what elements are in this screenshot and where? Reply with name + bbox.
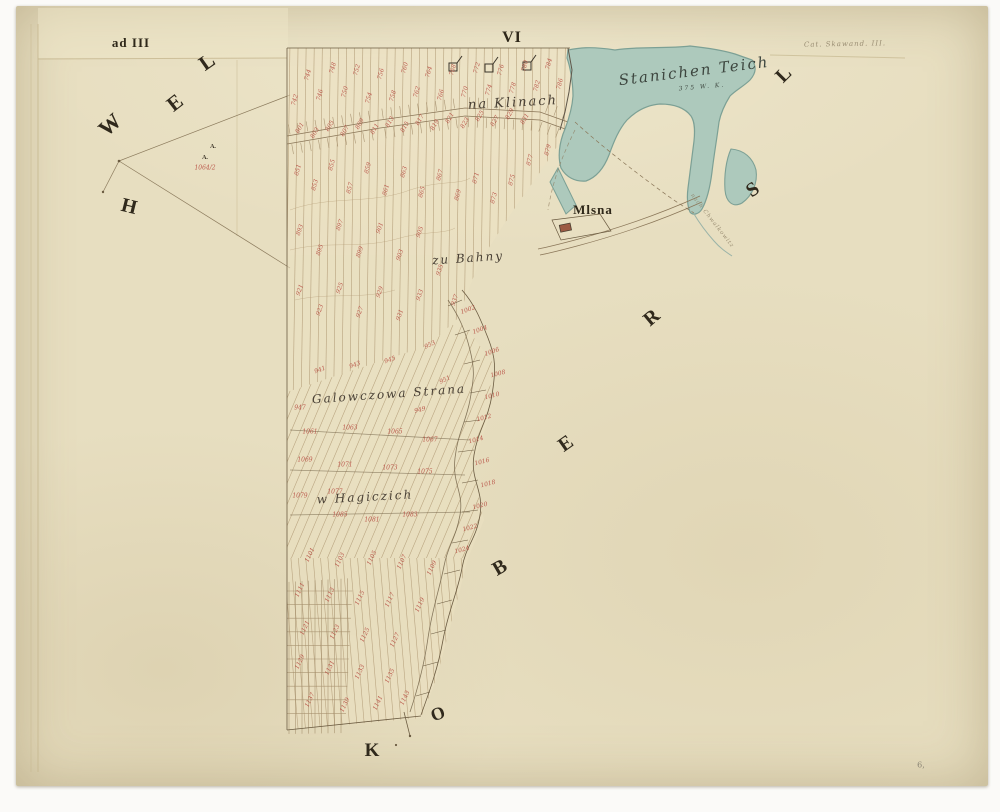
mlsna-farm [559, 223, 571, 232]
map-sheet-scan: ad IIIVICat. Skawand. III.Stanichen Teic… [0, 0, 1000, 812]
survey-wedge [102, 95, 290, 268]
stream-line [694, 214, 732, 256]
pond-stanichen-teich [550, 46, 756, 256]
map-drawing [0, 0, 1000, 812]
field-zones-fill [287, 48, 570, 730]
